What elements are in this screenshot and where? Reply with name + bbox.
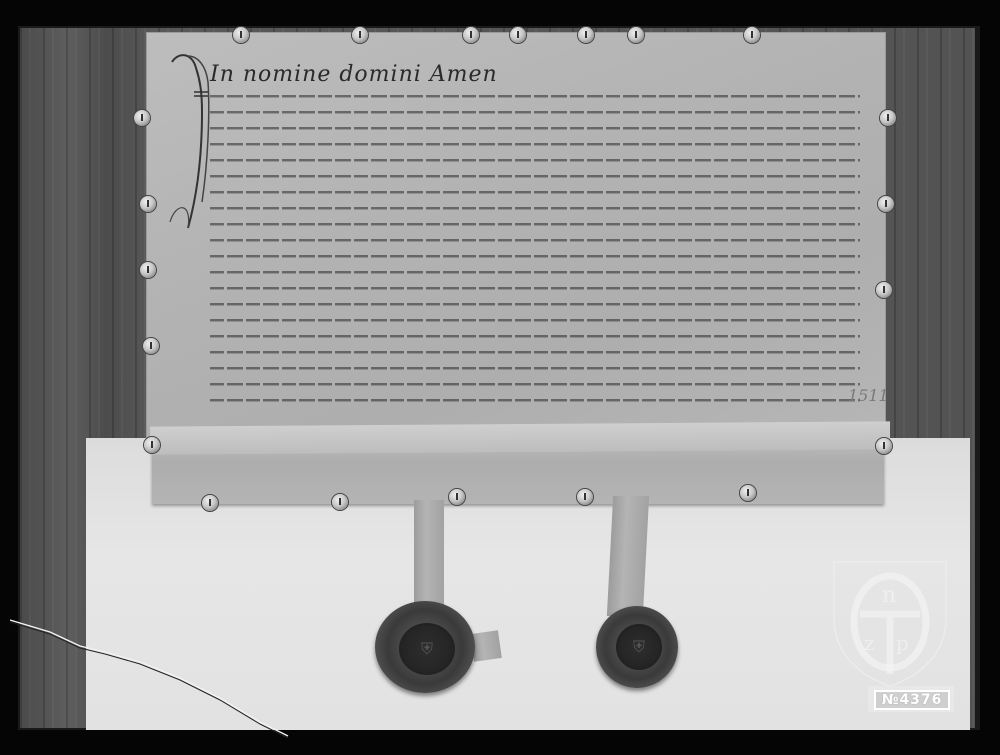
mounting-pin [449, 489, 465, 505]
mounting-pin [880, 110, 896, 126]
charter-text-body [210, 86, 860, 406]
mounting-pin [332, 494, 348, 510]
decorated-initial-i [168, 52, 214, 232]
mounting-pin [463, 27, 479, 43]
mounting-pin [140, 262, 156, 278]
mounting-pin [233, 27, 249, 43]
catalogue-number-label: №4376 [868, 686, 954, 712]
mounting-pin [876, 282, 892, 298]
mounting-pin [878, 196, 894, 212]
mounting-pin [144, 437, 160, 453]
mounting-pin [628, 27, 644, 43]
mounting-pin [740, 485, 756, 501]
mounting-pin [744, 27, 760, 43]
mounting-pin [140, 196, 156, 212]
mounting-pin [510, 27, 526, 43]
mounting-pin [876, 438, 892, 454]
svg-text:p: p [896, 631, 909, 655]
plica-crease [150, 421, 890, 454]
seal-emblem-icon: ⛨ [421, 639, 433, 659]
mounting-pin [143, 338, 159, 354]
archive-watermark-shield: n z p [830, 558, 950, 688]
svg-text:z: z [864, 631, 875, 655]
wax-seal-right: ⛨ [596, 606, 678, 688]
charter-invocation: In nomine domini Amen [210, 62, 498, 87]
catalogue-number: №4376 [874, 690, 950, 710]
mounting-pin [134, 110, 150, 126]
seal-tag-right [607, 496, 649, 616]
mounting-pin [578, 27, 594, 43]
svg-text:n: n [882, 583, 896, 608]
mounting-pin [202, 495, 218, 511]
mounting-pin [352, 27, 368, 43]
mounting-pin [577, 489, 593, 505]
seal-emblem-icon: ⛨ [633, 637, 645, 657]
margin-note: 1511 [848, 386, 889, 405]
wax-seal-left: ⛨ [375, 601, 475, 693]
